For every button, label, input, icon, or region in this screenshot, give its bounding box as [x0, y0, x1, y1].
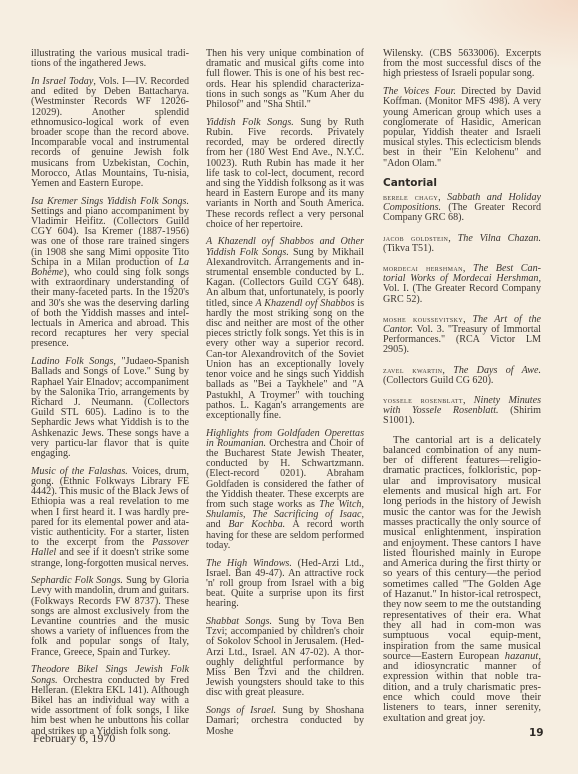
intro-text: Wilensky. (CBS 5633006). Excerpts from t… [383, 48, 541, 79]
record-description: is hardly the most striking song on the … [206, 298, 364, 421]
artist-name: Jacob Goldstein [383, 233, 448, 243]
record-entry: Theodore Bikel Sings Jewish Folk Songs. … [31, 665, 189, 736]
record-entry: Highlights from Goldfaden Operettas in R… [206, 429, 364, 551]
intro-text: Then his very unique combination of dram… [206, 48, 364, 110]
record-entry: Ladino Folk Songs, "Judaeo-Spanish Balla… [31, 357, 189, 459]
artist-name: Moshe Koussevitsky [383, 314, 463, 324]
record-description: Orchestra conducted by Fred Helleran. (E… [31, 675, 189, 737]
record-entry: Shabbat Songs. Sung by Tova Ben Tzvi; ac… [206, 617, 364, 699]
record-description: ), who could sing folk songs with extrao… [31, 267, 189, 349]
record-entry: Songs of Israel. Sung by Shoshana Damari… [206, 706, 364, 737]
record-entry: In Israel Today, Vols. I—IV. Recorded an… [31, 77, 189, 189]
record-entry: A Khazendl oyf Shabbos and Other Yiddish… [206, 237, 364, 421]
record-description: Sung by Tova Ben Tzvi; accompanied by ch… [206, 616, 364, 698]
record-description: , "Judaeo-Spanish Ballads and Songs of L… [31, 356, 189, 459]
intro-paragraph: Then his very unique combination of dram… [206, 49, 364, 110]
record-description: Vol. I. (The Greater Record Company GRC … [383, 283, 541, 304]
cantorial-entry: Berele Chagy, Sabbath and Holiday Compos… [383, 192, 541, 224]
intro-text: illustrating the various musical tradi-t… [31, 48, 189, 69]
record-description: Sung by Ruth Rubin. Five records. Privat… [206, 117, 364, 230]
record-description: , Vols. I—IV. Recorded and edited by Deb… [31, 76, 189, 189]
essay-text: The cantorial art is a delicately balanc… [383, 435, 541, 662]
cantorial-entry: Jacob Goldstein, The Vilna Chazan. (Tikv… [383, 233, 541, 254]
record-entry: Music of the Falashas. Voices, drum, gon… [31, 467, 189, 569]
record-description: Directed by David Koffman. (Monitor MFS … [383, 86, 541, 168]
column-middle: Then his very unique combination of dram… [206, 49, 364, 744]
cantorial-entry: Mordecai Hershman, The Best Can-torial W… [383, 263, 541, 305]
artist-name: Mordecai Hershman [383, 263, 463, 273]
footer-date: February 6, 1970 [33, 731, 115, 746]
record-title: The Vilna Chazan. [458, 233, 541, 244]
essay-text: , and idiosyncratic manner of expression… [383, 651, 541, 724]
artist-name: Yossele Rosenblatt [383, 395, 463, 405]
intro-paragraph: illustrating the various musical tradi-t… [31, 49, 189, 69]
page-number: 19 [529, 727, 544, 739]
cantorial-entry: Moshe Koussevitsky, The Art of the Canto… [383, 314, 541, 356]
record-description: Settings and piano accompaniment by Vlad… [31, 206, 189, 268]
cantorial-essay: The cantorial art is a delicately balanc… [383, 436, 541, 724]
record-description: Voices, drum, gong. (Ethnic Folkways Lib… [31, 466, 189, 548]
section-heading-cantorial: Cantorial [383, 178, 541, 188]
record-entry: The Voices Four. Directed by David Koffm… [383, 87, 541, 169]
record-entry: Sephardic Folk Songs. Sung by Gloria Lev… [31, 576, 189, 658]
column-left: illustrating the various musical tradi-t… [31, 49, 189, 744]
record-description: (Collectors Guild CG 620). [383, 375, 493, 386]
record-entry: Isa Kremer Sings Yiddish Folk Songs. Set… [31, 197, 189, 350]
intro-paragraph: Wilensky. (CBS 5633006). Excerpts from t… [383, 49, 541, 80]
record-description: Sung by Gloria Levy with mandolin, drum … [31, 575, 189, 657]
record-entry: The High Windows. (Hed-Arzi Ltd., Israel… [206, 559, 364, 610]
record-description: (Tikva T51). [383, 243, 434, 254]
column-right: Wilensky. (CBS 5633006). Excerpts from t… [383, 49, 541, 731]
cantorial-entry: Yossele Rosenblatt, Ninety Minutes with … [383, 395, 541, 427]
cantorial-entry: Zavel Kwartin, The Days of Awe. (Collect… [383, 365, 541, 386]
record-entry: Yiddish Folk Songs. Sung by Ruth Rubin. … [206, 118, 364, 230]
artist-name: Berele Chagy [383, 192, 438, 202]
artist-name: Zavel Kwartin [383, 365, 442, 375]
